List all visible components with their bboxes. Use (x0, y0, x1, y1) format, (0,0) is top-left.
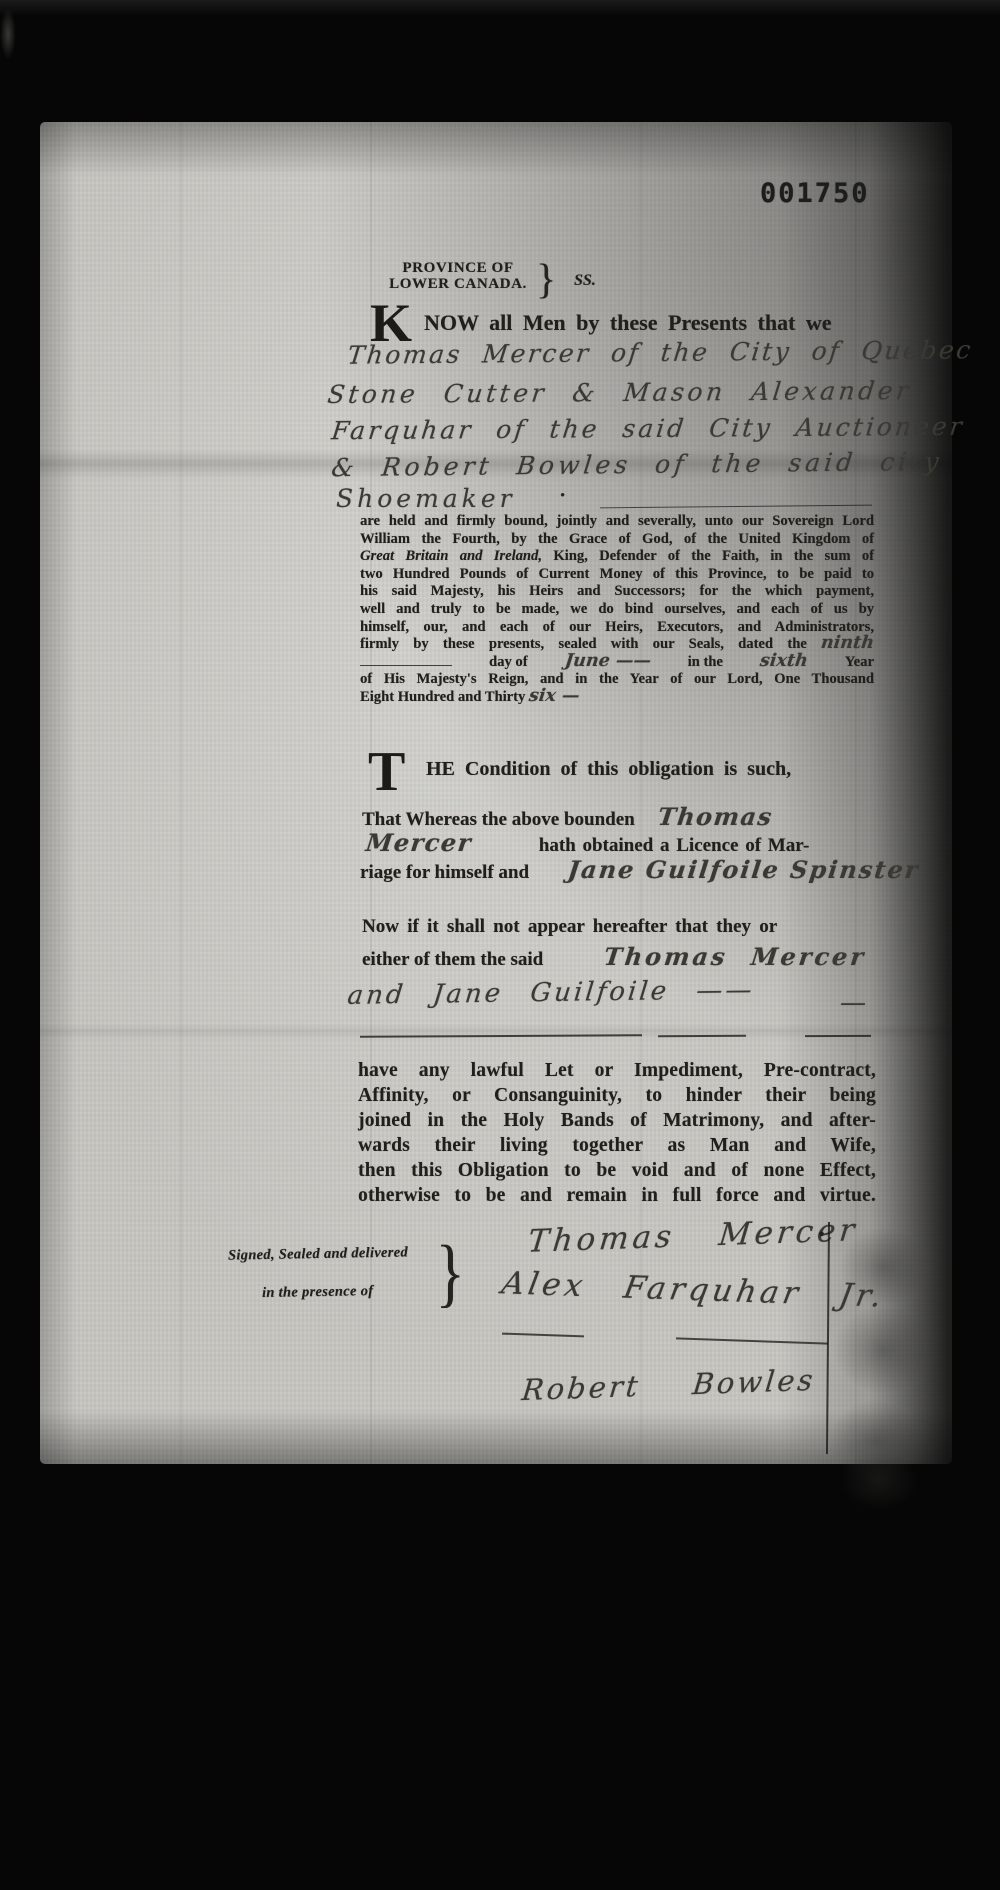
bond-line: Eight Hundred and Thirty six — (360, 689, 874, 707)
handwritten-party-line: Stone Cutter & Mason Alexander (326, 376, 913, 409)
handwritten-month: June —— (564, 654, 652, 668)
handwritten-groom-first: Thomas (656, 802, 774, 831)
signature-thomas-mercer: Thomas Mercer (526, 1212, 860, 1260)
handwritten-bride-name: Jane Guilfoile Spinster (566, 855, 921, 884)
impediment-line: wards their living together as Man and W… (358, 1133, 876, 1158)
bond-line: of His Majesty's Reign, and in the Year … (360, 671, 874, 689)
bond-line-print: Year (845, 654, 874, 672)
signature-alex-farquhar: Alex Farquhar Jr. (499, 1265, 888, 1314)
bond-line-rest: King, Defender of the Faith, in the sum … (542, 548, 874, 564)
handwritten-couple-names: and Jane Guilfoile —— (346, 975, 756, 1011)
bond-line: well and truly to be made, we do bind ou… (360, 601, 874, 619)
blank-line-rule (360, 665, 452, 666)
bond-paragraph: are held and firmly bound, jointly and s… (360, 513, 874, 707)
whereas-print: hath obtained a Licence of Mar- (539, 835, 810, 856)
impediment-line: Affinity, or Consanguinity, to hinder th… (358, 1083, 876, 1108)
handwritten-party-line: Farquhar of the said City Auctioneer (330, 412, 966, 445)
bond-line: two Hundred Pounds of Current Money of t… (360, 566, 874, 584)
bond-line-print: firmly by these presents, sealed with ou… (360, 636, 807, 652)
handwritten-groom-last: Mercer (364, 828, 474, 857)
bond-line: are held and firmly bound, jointly and s… (360, 513, 874, 531)
province-line1: PROVINCE OF (362, 260, 554, 276)
whereas-line: That Whereas the above bounden Thomas (362, 802, 772, 831)
impediment-line: joined in the Holy Bands of Matrimony, a… (358, 1108, 876, 1133)
whereas-print: That Whereas the above bounden (362, 809, 635, 830)
signature-underline (502, 1333, 584, 1338)
whereas-line: riage for himself and Jane Guilfoile Spi… (360, 855, 919, 884)
signature-robert-bowles: Robert Bowles (520, 1363, 817, 1407)
bond-line: himself, our, and each of our Heirs, Exe… (360, 619, 874, 637)
finger-smudge (838, 1226, 930, 1308)
handwritten-year-word: six — (528, 689, 580, 703)
seal-dot: • (818, 1224, 825, 1247)
paper-crease (180, 122, 182, 1464)
whereas-line: Mercer hath obtained a Licence of Mar- (366, 828, 809, 857)
nowif-print: either of them the said (362, 949, 543, 970)
impediment-line: otherwise to be and remain in full force… (358, 1183, 876, 1208)
document-page: 001750 PROVINCE OF LOWER CANADA. } SS. K… (40, 122, 952, 1464)
province-brace: } (536, 256, 556, 304)
handwritten-day-word: ninth (820, 636, 875, 650)
impediment-paragraph: have any lawful Let or Impediment, Pre-c… (358, 1058, 876, 1209)
bond-line-print: in the (688, 654, 723, 672)
impediment-line: then this Obligation to be void and of n… (358, 1158, 876, 1183)
whereas-print: riage for himself and (360, 862, 529, 883)
bond-line: Great Britain and Ireland, King, Defende… (360, 548, 874, 566)
dropcap-t: T (368, 748, 405, 796)
handwritten-party-line: Thomas Mercer of the City of Quebec (346, 335, 975, 369)
microfilm-scan-frame: 001750 PROVINCE OF LOWER CANADA. } SS. K… (0, 0, 1000, 1890)
bond-line-print: day of (489, 654, 528, 672)
dropcap-k: K (370, 300, 412, 346)
condition-heading: HE Condition of this obligation is such, (426, 758, 791, 781)
bond-line-italic: Great Britain and Ireland, (360, 548, 542, 564)
attestation-line2: in the presence of (262, 1283, 374, 1302)
ss-abbreviation: SS. (574, 272, 596, 290)
province-heading: PROVINCE OF LOWER CANADA. (362, 260, 554, 292)
signature-underline (676, 1337, 828, 1344)
attestation-line1: Signed, Sealed and delivered (228, 1244, 408, 1264)
nowif-line: Now if it shall not appear hereafter tha… (362, 916, 777, 938)
handwritten-party-line: Shoemaker (336, 484, 516, 513)
attestation-brace: } (436, 1230, 465, 1317)
bond-line-print: Eight Hundred and Thirty (360, 689, 525, 705)
stamp-number: 001750 (760, 178, 870, 209)
ink-dot: • (560, 488, 565, 505)
bond-line: day of June —— in the sixth Year (360, 654, 874, 672)
handwritten-dash: — (840, 988, 866, 1018)
handwritten-groom-name: Thomas Mercer (602, 942, 868, 971)
paper-fold-shadow (40, 1024, 952, 1040)
handwritten-regnal-year: sixth (759, 654, 808, 668)
film-blotch (0, 8, 16, 60)
finger-smudge (838, 1450, 920, 1512)
bond-line: William the Fourth, by the Grace of God,… (360, 531, 874, 549)
province-line2: LOWER CANADA. (362, 276, 554, 292)
nowif-line: either of them the said Thomas Mercer (362, 942, 866, 971)
impediment-line: have any lawful Let or Impediment, Pre-c… (358, 1058, 876, 1083)
finger-smudge (832, 1304, 934, 1396)
opening-line: NOW all Men by these Presents that we (424, 310, 832, 336)
blank-line-rule (805, 1035, 871, 1037)
bond-line: his said Majesty, his Heirs and Successo… (360, 583, 874, 601)
